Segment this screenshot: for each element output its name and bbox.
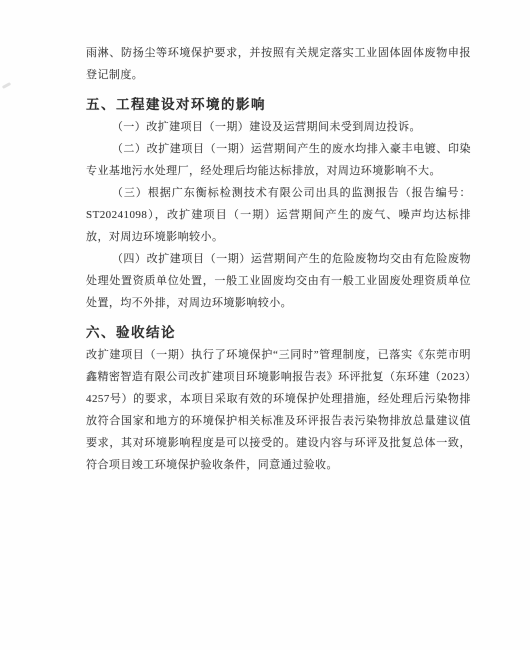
document-body: 雨淋、防扬尘等环境保护要求，并按照有关规定落实工业固体固体废物申报登记制度。 五… bbox=[86, 42, 471, 476]
intro-paragraph: 雨淋、防扬尘等环境保护要求，并按照有关规定落实工业固体固体废物申报登记制度。 bbox=[86, 42, 471, 86]
section5-item-3: （三）根据广东衡标检测技术有限公司出具的监测报告（报告编号：ST20241098… bbox=[86, 182, 471, 248]
scan-speck bbox=[2, 82, 11, 89]
section5-item-2: （二）改扩建项目（一期）运营期间产生的废水均排入豪丰电镀、印染专业基地污水处理厂… bbox=[86, 138, 471, 182]
document-page: 雨淋、防扬尘等环境保护要求，并按照有关规定落实工业固体固体废物申报登记制度。 五… bbox=[0, 0, 530, 650]
section6-heading: 六、验收结论 bbox=[86, 321, 471, 344]
section6-paragraph: 改扩建项目（一期）执行了环境保护“三同时”管理制度，已落实《东莞市明鑫精密智造有… bbox=[86, 344, 471, 476]
section5-item-4: （四）改扩建项目（一期）运营期间产生的危险废物均交由有危险废物处理处置资质单位处… bbox=[86, 248, 471, 314]
section5-item-1: （一）改扩建项目（一期）建设及运营期间未受到周边投诉。 bbox=[86, 116, 471, 138]
section5-heading: 五、工程建设对环境的影响 bbox=[86, 93, 471, 116]
